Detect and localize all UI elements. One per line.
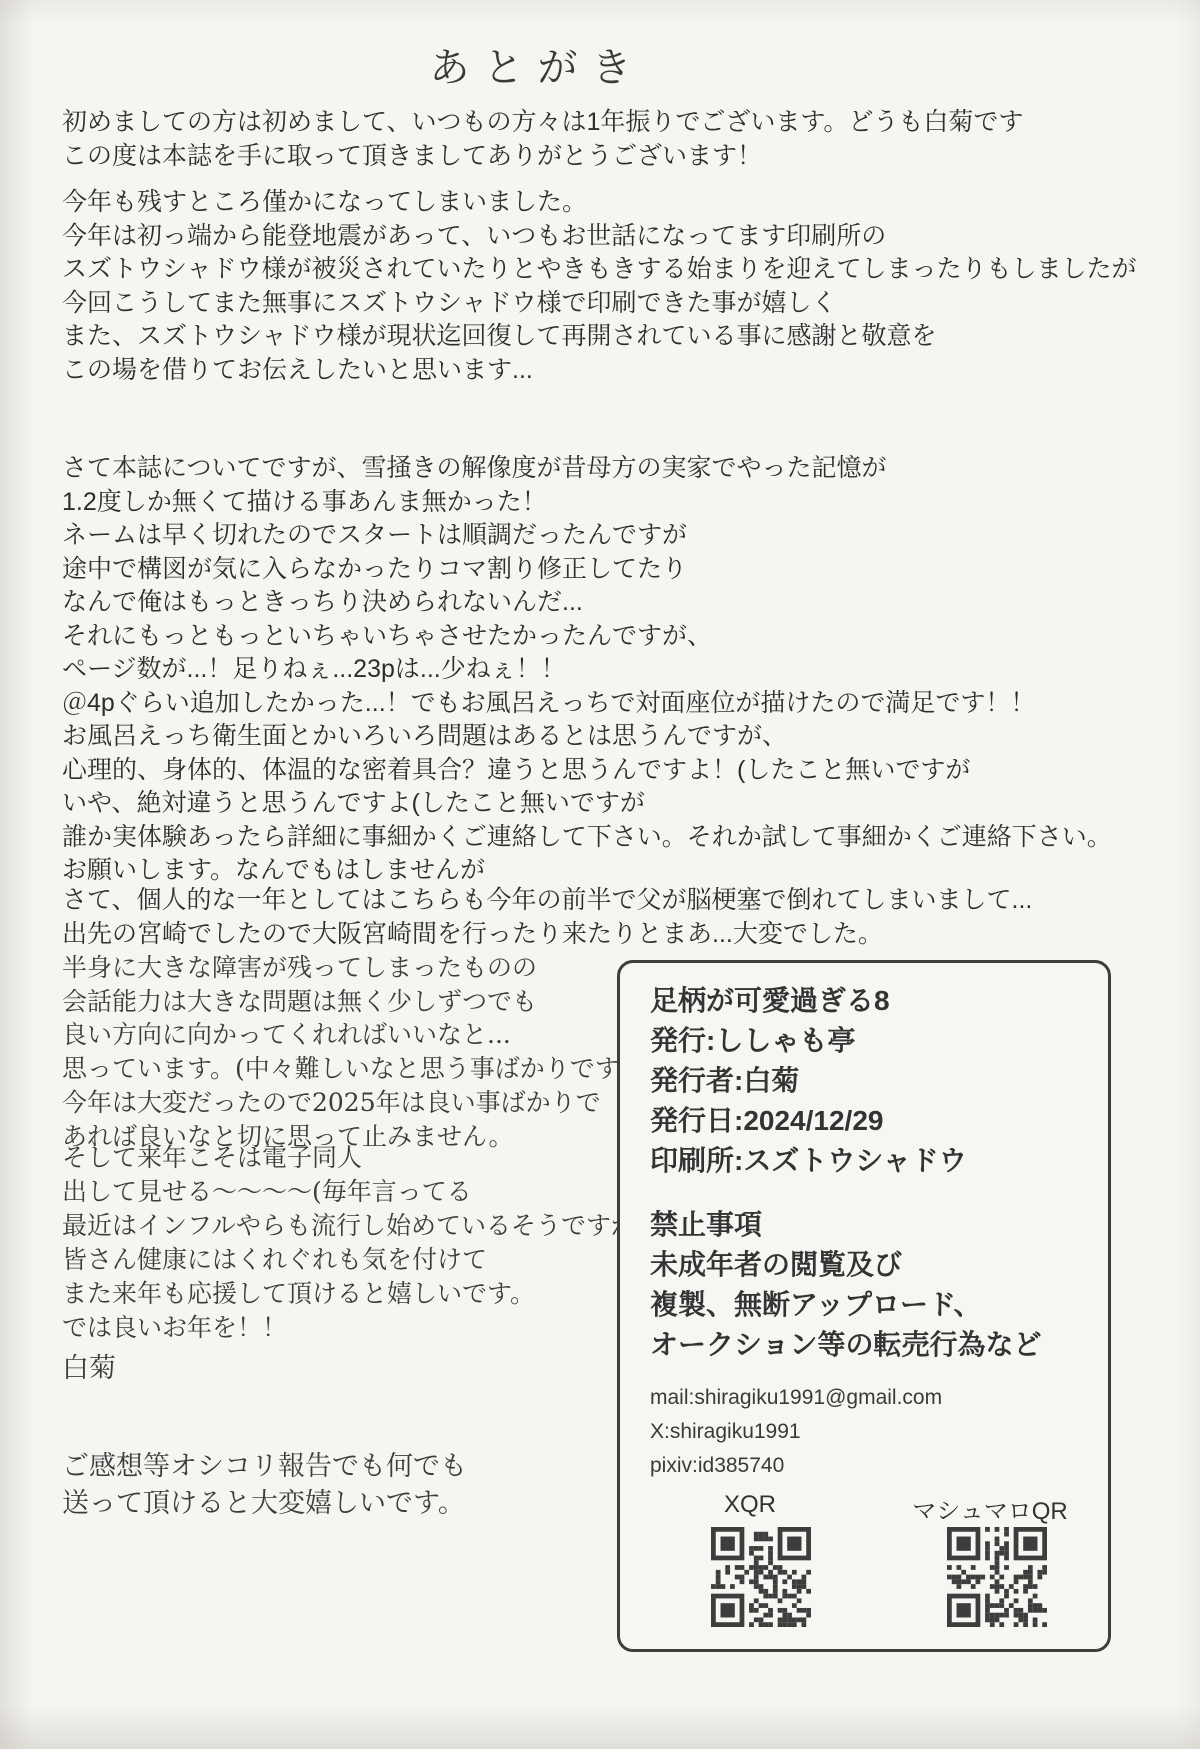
text-line: さて本誌についてですが、雪掻きの解像度が昔母方の実家でやった記憶が bbox=[62, 452, 1112, 486]
text-line: ネームは早く切れたのでスタートは順調だったんですが bbox=[62, 519, 1112, 553]
text-line: 初めましての方は初めまして、いつもの方々は1年振りでございます。どうも白菊です bbox=[62, 106, 1023, 140]
afterword-page: あとがき 初めましての方は初めまして、いつもの方々は1年振りでございます。どうも… bbox=[0, 0, 1200, 1749]
text-line: 発行日:2024/12/29 bbox=[650, 1101, 1096, 1141]
text-line: 最近はインフルやらも流行し始めているそうですが bbox=[62, 1209, 636, 1243]
text-line: お願いします。なんでもはしませんが bbox=[62, 854, 1112, 888]
text-line: それにもっともっといちゃいちゃさせたかったんですが、 bbox=[62, 620, 1112, 654]
text-line: 発行:ししゃも亭 bbox=[650, 1021, 1096, 1061]
text-line: pixiv:id385740 bbox=[650, 1449, 1096, 1483]
paragraph-personal-year-cont: 半身に大きな障害が残ってしまったものの会話能力は大きな問題は無く少しずつでも良い… bbox=[62, 951, 645, 1153]
text-line: 誰か実体験あったら詳細に事細かくご連絡して下さい。それか試して事細かくご連絡下さ… bbox=[62, 821, 1112, 855]
paragraph-feedback-request: ご感想等オシコリ報告でも何でも送って頂けると大変嬉しいです。 bbox=[62, 1448, 467, 1522]
marshmallow-qr-label: マシュマロQR bbox=[875, 1491, 1105, 1526]
text-line: 出先の宮崎でしたので大阪宮崎間を行ったり来たりとまあ...大変でした。 bbox=[62, 918, 1032, 952]
x-qr-label: XQR bbox=[660, 1491, 840, 1519]
text-line: 半身に大きな障害が残ってしまったものの bbox=[62, 951, 645, 985]
text-line: 今年も残すところ僅かになってしまいました。 bbox=[62, 186, 1137, 220]
text-line: オークション等の転売行為など bbox=[650, 1325, 1096, 1365]
colophon-box: 足柄が可愛過ぎる8 発行:ししゃも亭発行者:白菊発行日:2024/12/29印刷… bbox=[617, 960, 1111, 1652]
colophon-content: 足柄が可愛過ぎる8 発行:ししゃも亭発行者:白菊発行日:2024/12/29印刷… bbox=[650, 981, 1096, 1483]
text-line: また来年も応援して頂けると嬉しいです。 bbox=[62, 1277, 636, 1311]
text-line: そして来年こそは電子同人 bbox=[62, 1141, 636, 1175]
text-line: では良いお年を！！ bbox=[62, 1311, 636, 1345]
text-line: 皆さん健康にはくれぐれも気を付けて bbox=[62, 1243, 636, 1277]
paragraph-year-printer: 今年も残すところ僅かになってしまいました。今年は初っ端から能登地震があって、いつ… bbox=[62, 186, 1137, 387]
text-line: また、スズトウシャドウ様が現状迄回復して再開されている事に感謝と敬意を bbox=[62, 320, 1137, 354]
text-line: 禁止事項 bbox=[650, 1205, 1096, 1245]
text-line: さて、個人的な一年としてはこちらも今年の前半で父が脳梗塞で倒れてしまいまして..… bbox=[62, 884, 1032, 918]
text-line: 複製、無断アップロード、 bbox=[650, 1285, 1096, 1325]
author-signature: 白菊 bbox=[62, 1352, 116, 1386]
marshmallow-qr-code-icon bbox=[947, 1527, 1047, 1627]
text-line: お風呂えっち衛生面とかいろいろ問題はあるとは思うんですが、 bbox=[62, 720, 1112, 754]
text-line: 出して見せる〜〜〜〜(毎年言ってる bbox=[62, 1175, 636, 1209]
text-line: 印刷所:スズトウシャドウ bbox=[650, 1141, 1096, 1181]
text-line: 会話能力は大きな問題は無く少しずつでも bbox=[62, 985, 645, 1019]
text-line: 思っています。(中々難しいなと思う事ばかりですが bbox=[62, 1052, 645, 1086]
text-line: この度は本誌を手に取って頂きましてありがとうございます！ bbox=[62, 140, 1023, 174]
paragraph-personal-year: さて、個人的な一年としてはこちらも今年の前半で父が脳梗塞で倒れてしまいまして..… bbox=[62, 884, 1032, 951]
text-line: スズトウシャドウ様が被災されていたりとやきもきする始まりを迎えてしまったりもしま… bbox=[62, 253, 1137, 287]
text-line: 今回こうしてまた無事にスズトウシャドウ様で印刷できた事が嬉しく bbox=[62, 287, 1137, 321]
text-line: 未成年者の閲覧及び bbox=[650, 1245, 1096, 1285]
contact-info: mail:shiragiku1991@gmail.comX:shiragiku1… bbox=[650, 1381, 1096, 1483]
x-qr-code-icon bbox=[711, 1527, 811, 1627]
text-line: この場を借りてお伝えしたいと思います... bbox=[62, 354, 1137, 388]
text-line: X:shiragiku1991 bbox=[650, 1415, 1096, 1449]
paragraph-next-year: そして来年こそは電子同人出して見せる〜〜〜〜(毎年言ってる最近はインフルやらも流… bbox=[62, 1141, 636, 1345]
text-line: 発行者:白菊 bbox=[650, 1061, 1096, 1101]
text-line: ご感想等オシコリ報告でも何でも bbox=[62, 1448, 467, 1485]
paragraph-about-book: さて本誌についてですが、雪掻きの解像度が昔母方の実家でやった記憶が1.2度しか無… bbox=[62, 452, 1112, 888]
prohibited-items: 禁止事項未成年者の閲覧及び複製、無断アップロード、オークション等の転売行為など bbox=[650, 1205, 1096, 1365]
text-line: 心理的、身体的、体温的な密着具合？違うと思うんですよ！(したこと無いですが bbox=[62, 754, 1112, 788]
text-line: いや、絶対違うと思うんですよ(したこと無いですが bbox=[62, 787, 1112, 821]
publication-info: 発行:ししゃも亭発行者:白菊発行日:2024/12/29印刷所:スズトウシャドウ bbox=[650, 1021, 1096, 1181]
text-line: 今年は初っ端から能登地震があって、いつもお世話になってます印刷所の bbox=[62, 220, 1137, 254]
book-title: 足柄が可愛過ぎる8 bbox=[650, 981, 1096, 1021]
text-line: なんで俺はもっときっちり決められないんだ... bbox=[62, 586, 1112, 620]
text-line: 良い方向に向かってくれればいいなと... bbox=[62, 1018, 645, 1052]
paragraph-greeting: 初めましての方は初めまして、いつもの方々は1年振りでございます。どうも白菊ですこ… bbox=[62, 106, 1023, 173]
text-line: 送って頂けると大変嬉しいです。 bbox=[62, 1485, 467, 1522]
text-line: mail:shiragiku1991@gmail.com bbox=[650, 1381, 1096, 1415]
text-line: 1.2度しか無くて描ける事あんま無かった！ bbox=[62, 486, 1112, 520]
text-line: 今年は大変だったので2025年は良い事ばかりで bbox=[62, 1086, 645, 1120]
text-line: ＠4pぐらい追加したかった...！でもお風呂えっちで対面座位が描けたので満足です… bbox=[62, 687, 1112, 721]
text-line: ページ数が...！足りねぇ...23pは...少ねぇ！！ bbox=[62, 653, 1112, 687]
page-title: あとがき bbox=[0, 36, 1075, 93]
text-line: 途中で構図が気に入らなかったりコマ割り修正してたり bbox=[62, 553, 1112, 587]
